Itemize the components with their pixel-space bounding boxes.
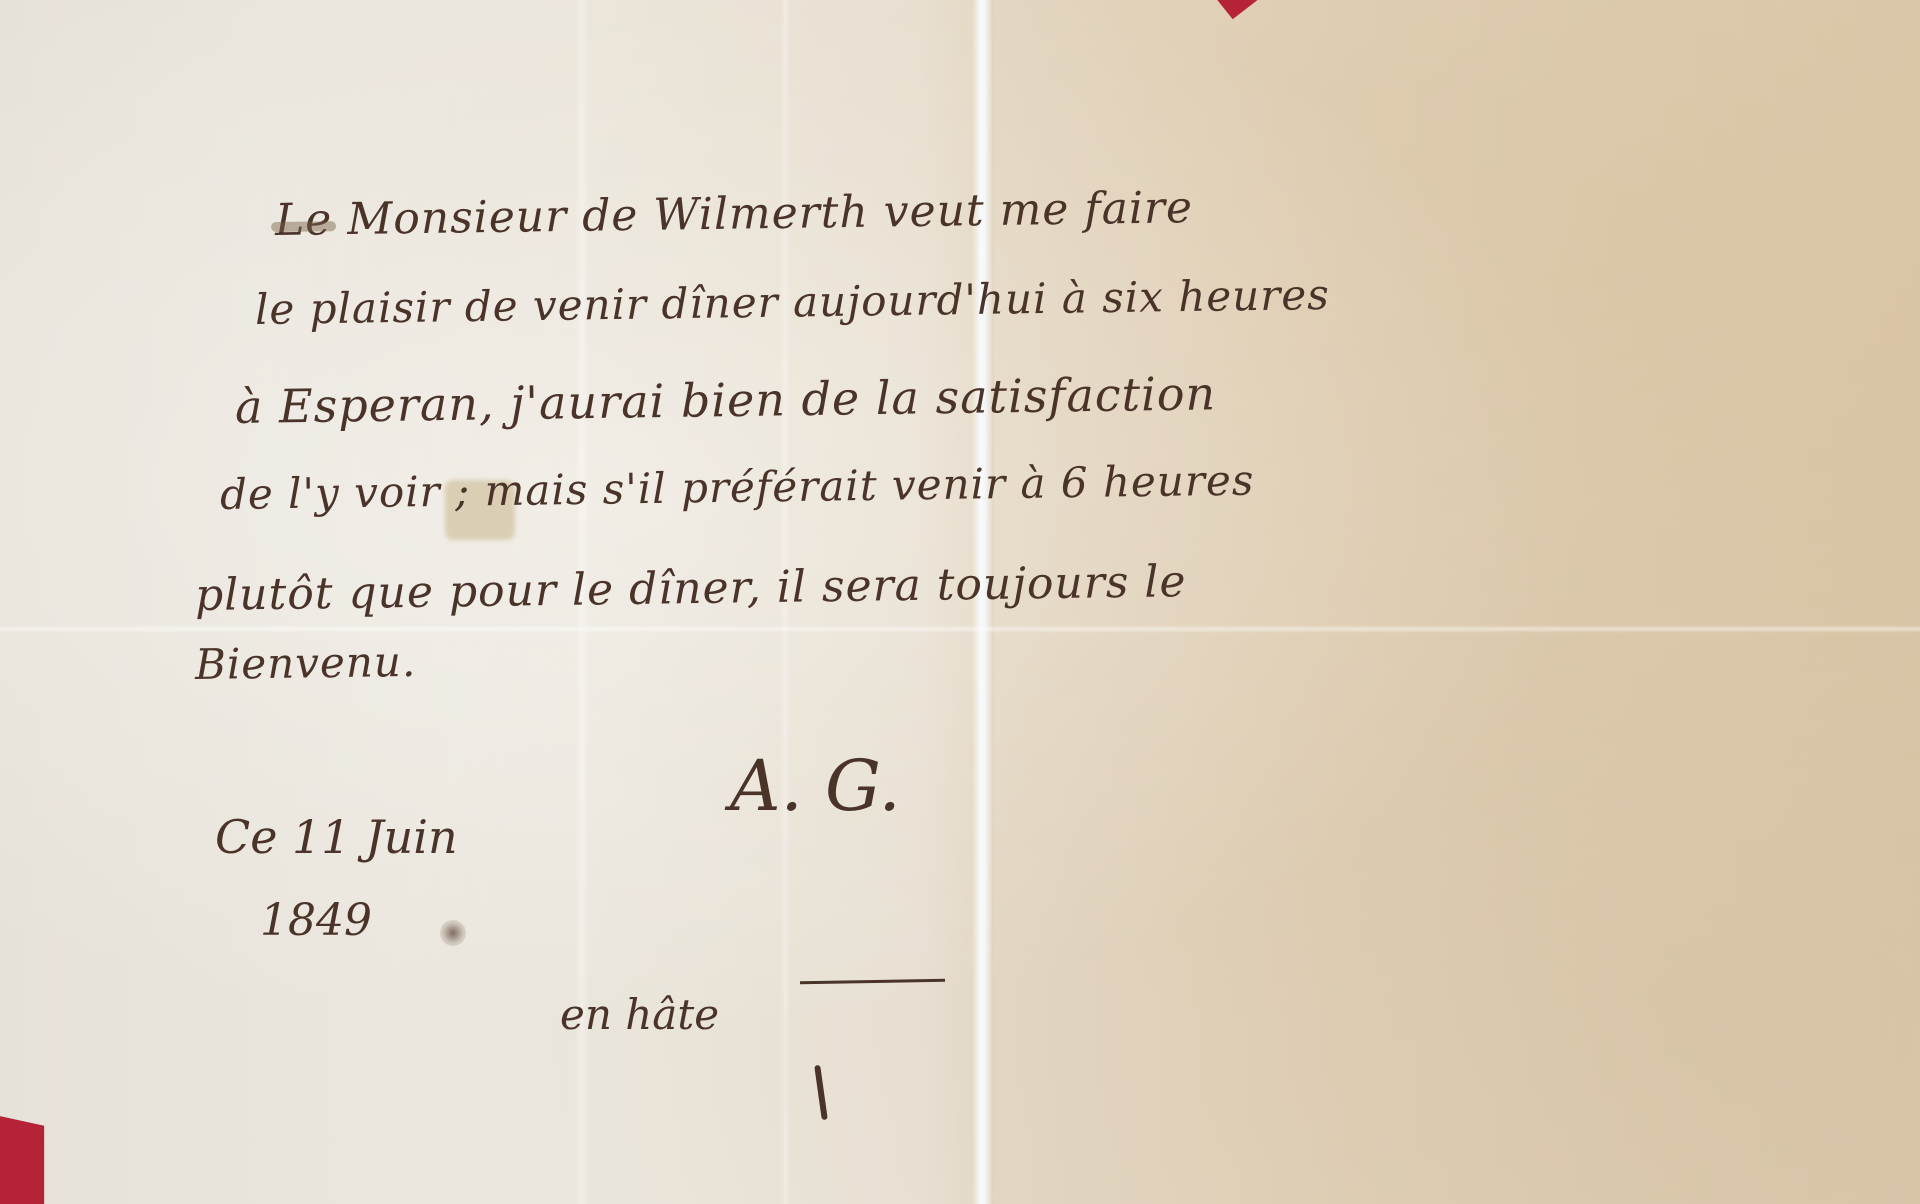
date-year: 1849 [260, 895, 372, 946]
letter-paper: Le Monsieur de Wilmerth veut me faire le… [0, 0, 1920, 1204]
line-text: plutôt que pour le dîner, il sera toujou… [195, 556, 1187, 621]
letter-line-6: Bienvenu. [195, 637, 417, 689]
letter-line-2: le plaisir de venir dîner aujourd'hui à … [255, 270, 1330, 334]
date-day-month: Ce 11 Juin [215, 810, 458, 864]
underline-rule [800, 979, 945, 985]
line-text: le plaisir de venir dîner aujourd'hui à … [255, 270, 1330, 334]
postscript-en-hate: en hâte [560, 990, 719, 1039]
letter-line-5: plutôt que pour le dîner, il sera toujou… [195, 556, 1187, 621]
ink-tail-mark [814, 1065, 828, 1120]
letter-line-1: Le Monsieur de Wilmerth veut me faire [275, 182, 1194, 246]
line-text: à Esperan, j'aurai bien de la satisfacti… [235, 366, 1217, 434]
line-text: de l'y voir ; mais s'il préférait venir … [220, 456, 1255, 519]
photo-scene: Le Monsieur de Wilmerth veut me faire le… [0, 0, 1920, 1204]
line-text: Bienvenu. [195, 637, 417, 689]
struck-out-word: Le [275, 194, 333, 246]
letter-line-4: de l'y voir ; mais s'il préférait venir … [220, 456, 1255, 519]
fold-line-horizontal [0, 625, 1920, 633]
ink-blot [440, 920, 466, 946]
line-text: Monsieur de Wilmerth veut me faire [347, 182, 1193, 245]
signature: A. G. [730, 745, 901, 827]
letter-line-3: à Esperan, j'aurai bien de la satisfacti… [235, 366, 1217, 434]
